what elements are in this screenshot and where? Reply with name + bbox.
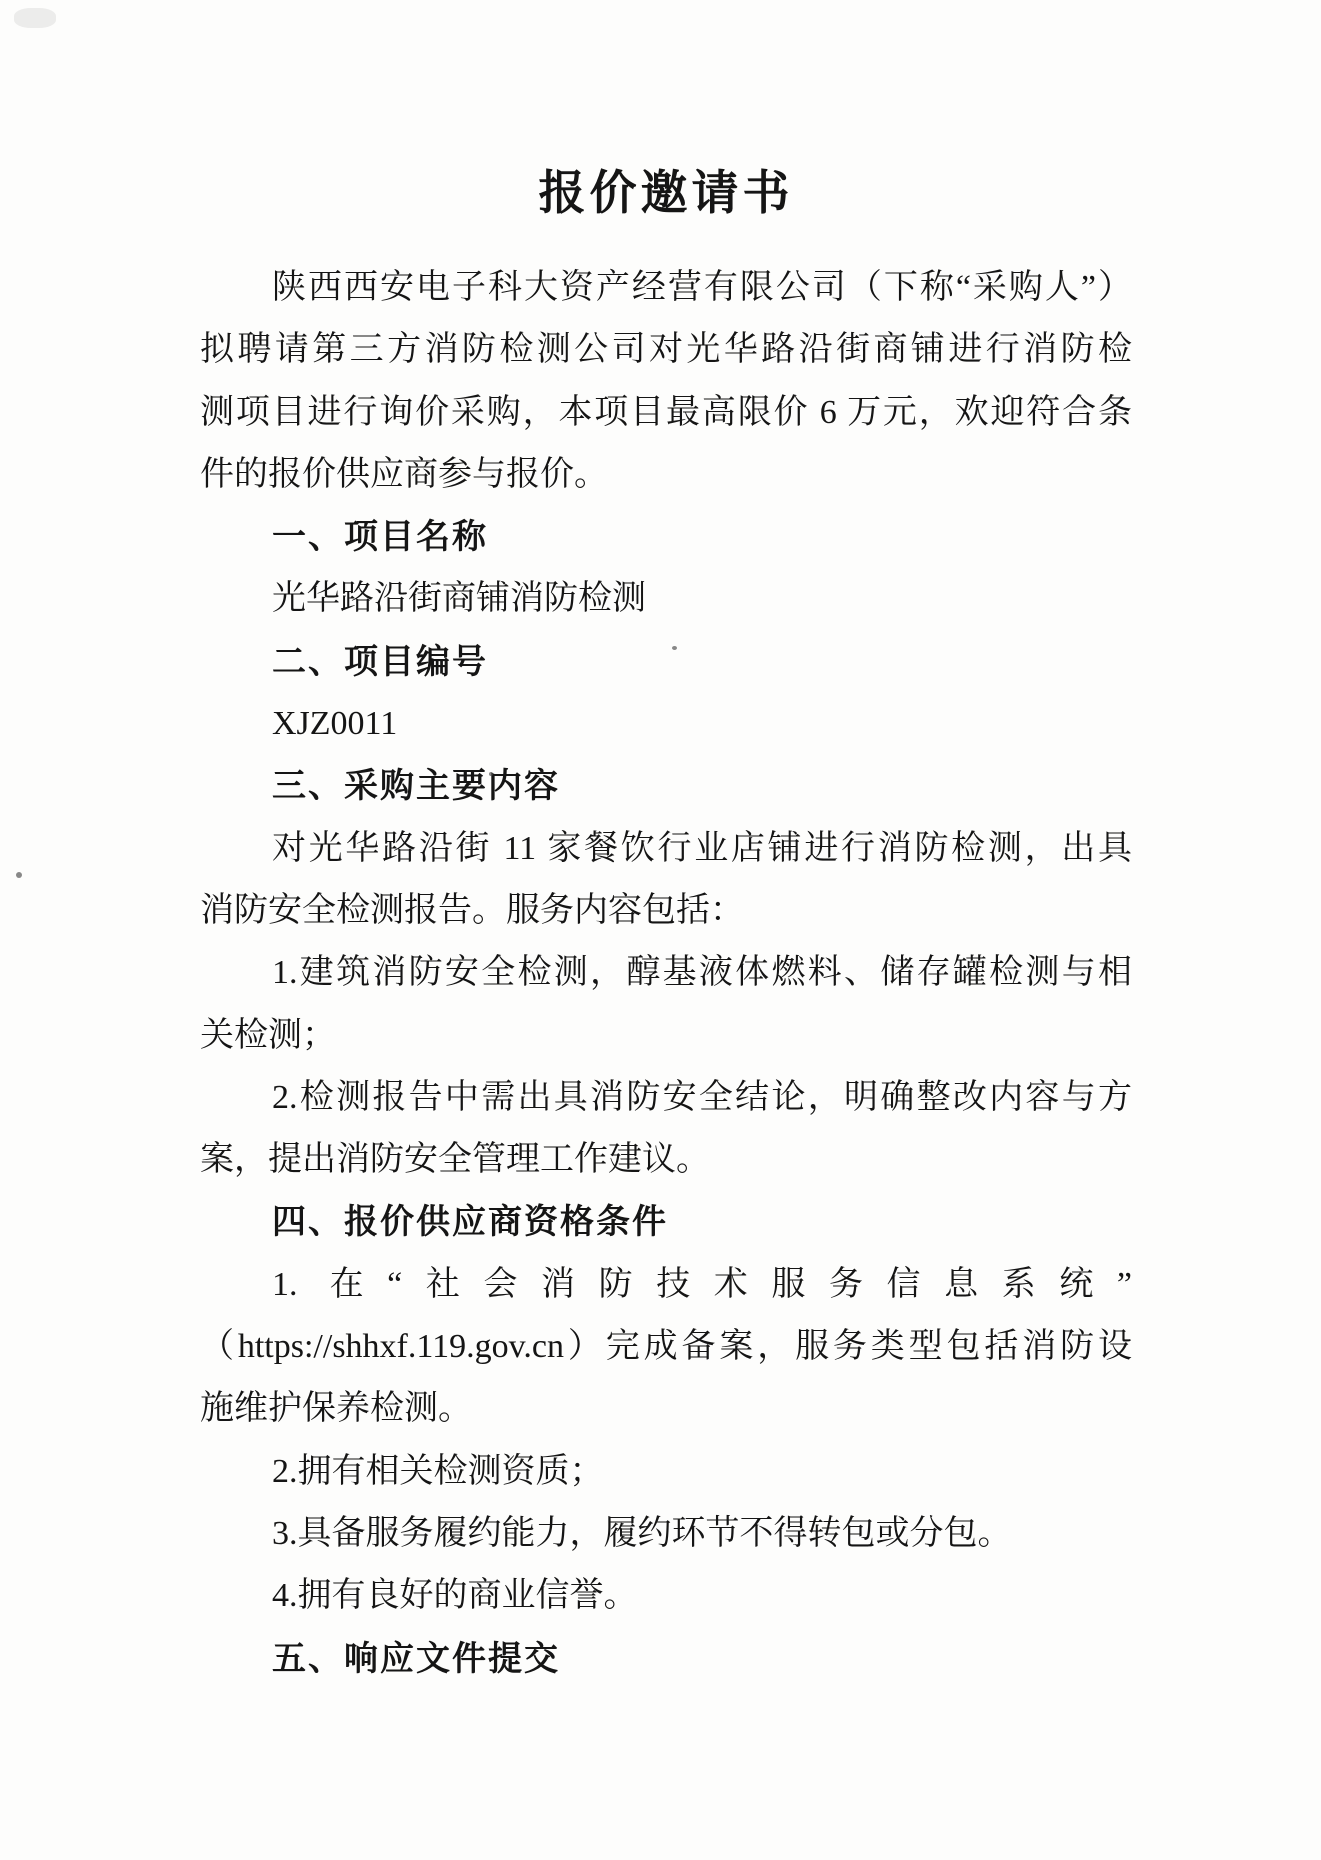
text-line: 2.拥有相关检测资质； — [200, 1441, 1132, 1503]
text-line: 2.检测报告中需出具消防安全结论，明确整改内容与方 — [200, 1067, 1132, 1129]
text-line: （https://shhxf.119.gov.cn）完成备案，服务类型包括消防设 — [200, 1316, 1132, 1378]
text-line: 案，提出消防安全管理工作建议。 — [200, 1129, 1132, 1191]
scan-smudge — [14, 8, 56, 28]
scan-speck — [16, 872, 22, 878]
document-page: 报价邀请书 陕西西安电子科大资产经营有限公司（下称“采购人”）拟聘请第三方消防检… — [0, 0, 1321, 1860]
text-line: 件的报价供应商参与报价。 — [200, 444, 1132, 506]
section-heading: 四、报价供应商资格条件 — [200, 1191, 1132, 1253]
text-line: 施维护保养检测。 — [200, 1378, 1132, 1440]
text-line: 1.建筑消防安全检测，醇基液体燃料、储存罐检测与相 — [200, 942, 1132, 1004]
section-heading: 二、项目编号 — [200, 631, 1132, 693]
text-line: 4.拥有良好的商业信誉。 — [200, 1565, 1132, 1627]
text-line: 光华路沿街商铺消防检测 — [200, 568, 1132, 630]
section-heading: 三、采购主要内容 — [200, 755, 1132, 817]
text-line: 1. 在“社会消防技术服务信息系统” — [200, 1254, 1132, 1316]
text-line: 陕西西安电子科大资产经营有限公司（下称“采购人”） — [200, 257, 1132, 319]
text-line: 测项目进行询价采购，本项目最高限价 6 万元，欢迎符合条 — [200, 382, 1132, 444]
section-heading: 五、响应文件提交 — [200, 1628, 1132, 1690]
text-line: 对光华路沿街 11 家餐饮行业店铺进行消防检测，出具 — [200, 818, 1132, 880]
scan-speck — [672, 646, 677, 650]
document-title: 报价邀请书 — [200, 160, 1132, 226]
document-body: 陕西西安电子科大资产经营有限公司（下称“采购人”）拟聘请第三方消防检测公司对光华… — [200, 257, 1132, 1690]
text-line: 消防安全检测报告。服务内容包括： — [200, 880, 1132, 942]
section-heading: 一、项目名称 — [200, 506, 1132, 568]
text-line: 关检测； — [200, 1005, 1132, 1067]
scan-speck — [388, 1526, 392, 1530]
text-line: 拟聘请第三方消防检测公司对光华路沿街商铺进行消防检 — [200, 319, 1132, 381]
text-line: 3.具备服务履约能力，履约环节不得转包或分包。 — [200, 1503, 1132, 1565]
text-line: XJZ0011 — [200, 693, 1132, 755]
scan-speck — [489, 772, 493, 776]
